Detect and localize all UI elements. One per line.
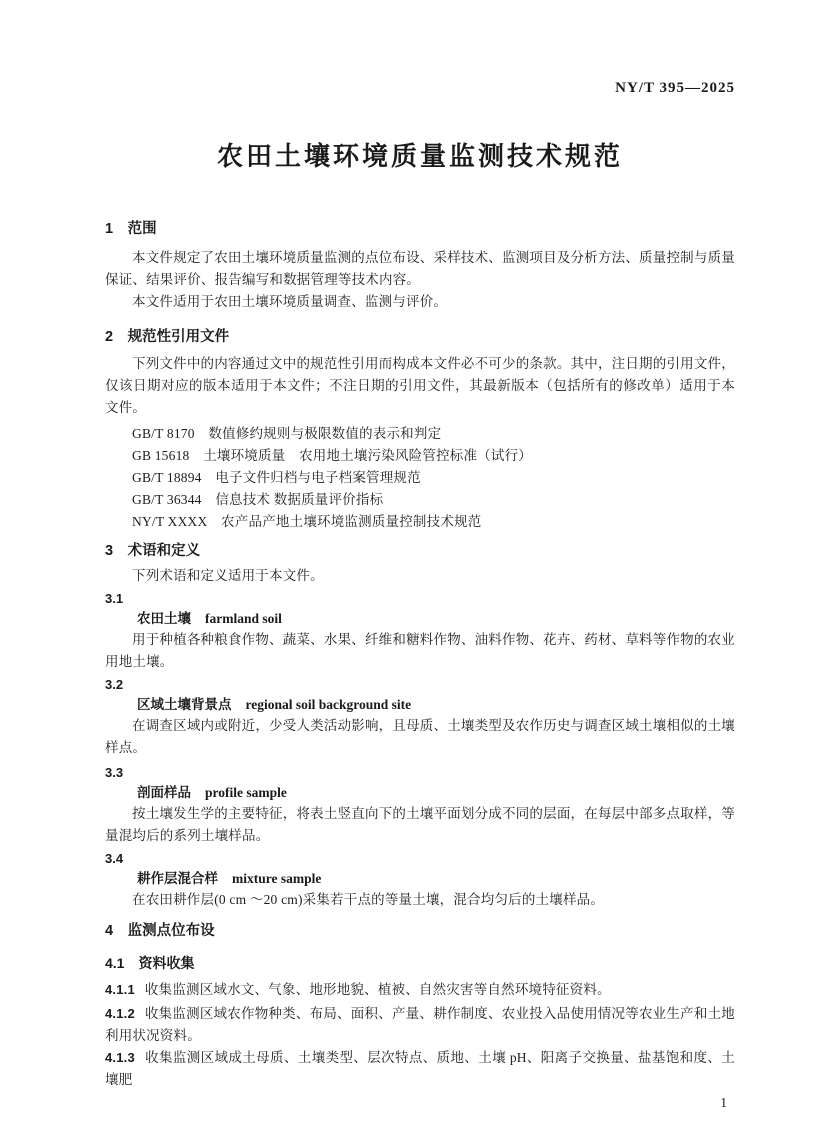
term-definition: 在农田耕作层(0 cm ～20 cm)采集若干点的等量土壤，混合均匀后的土壤样品… <box>105 889 735 911</box>
term-name: 耕作层混合样mixture sample <box>105 869 735 889</box>
section-normative-refs-heading: 2 规范性引用文件 <box>105 327 735 347</box>
reference-item: NY/T XXXX 农产品产地土壤环境监测质量控制技术规范 <box>105 511 735 533</box>
term-name-en: mixture sample <box>232 871 321 886</box>
term-definition: 按土壤发生学的主要特征，将表土竖直向下的土壤平面划分成不同的层面，在每层中部多点… <box>105 803 735 847</box>
term-definition: 用于种植各种粮食作物、蔬菜、水果、纤维和糖料作物、油料作物、花卉、药材、草料等作… <box>105 629 735 673</box>
reference-item: GB/T 8170 数值修约规则与极限数值的表示和判定 <box>105 423 735 445</box>
terms-intro: 下列术语和定义适用于本文件。 <box>105 565 735 587</box>
term-name-zh: 耕作层混合样 <box>137 871 218 886</box>
clause-text: 收集监测区域农作物种类、布局、面积、产量、耕作制度、农业投入品使用情况等农业生产… <box>105 1006 735 1043</box>
scope-paragraph-1: 本文件规定了农田土壤环境质量监测的点位布设、采样技术、监测项目及分析方法、质量控… <box>105 247 735 291</box>
reference-item: GB 15618 土壤环境质量 农用地土壤污染风险管控标准（试行） <box>105 445 735 467</box>
normative-refs-intro: 下列文件中的内容通过文中的规范性引用而构成本文件必不可少的条款。其中，注日期的引… <box>105 353 735 419</box>
term-name: 农田土壤farmland soil <box>105 609 735 629</box>
section-terms-heading: 3 术语和定义 <box>105 541 735 561</box>
term-name-en: regional soil background site <box>246 697 412 712</box>
term-entry-3-3: 3.3 剖面样品profile sample 按土壤发生学的主要特征，将表土竖直… <box>105 763 735 847</box>
clause-4-1-3: 4.1.3收集监测区域成土母质、土壤类型、层次特点、质地、土壤 pH、阳离子交换… <box>105 1047 735 1091</box>
term-number: 3.4 <box>105 849 735 869</box>
term-name-zh: 农田土壤 <box>137 611 191 626</box>
scope-paragraph-2: 本文件适用于农田土壤环境质量调查、监测与评价。 <box>105 291 735 313</box>
term-name: 区域土壤背景点regional soil background site <box>105 695 735 715</box>
reference-list: GB/T 8170 数值修约规则与极限数值的表示和判定 GB 15618 土壤环… <box>105 423 735 533</box>
section-monitoring-heading: 4 监测点位布设 <box>105 921 735 941</box>
term-number: 3.3 <box>105 763 735 783</box>
clause-number: 4.1.3 <box>105 1050 135 1065</box>
document-page: NY/T 395—2025 农田土壤环境质量监测技术规范 1 范围 本文件规定了… <box>0 0 817 1145</box>
clause-text: 收集监测区域水文、气象、地形地貌、植被、自然灾害等自然环境特征资料。 <box>145 982 611 997</box>
page-title: 农田土壤环境质量监测技术规范 <box>105 141 735 171</box>
section-4-1-heading: 4.1 资料收集 <box>105 953 735 973</box>
term-number: 3.1 <box>105 589 735 609</box>
term-definition: 在调查区域内或附近，少受人类活动影响，且母质、土壤类型及农作历史与调查区域土壤相… <box>105 715 735 759</box>
reference-item: GB/T 18894 电子文件归档与电子档案管理规范 <box>105 467 735 489</box>
clause-number: 4.1.1 <box>105 982 135 997</box>
page-number: 1 <box>105 1093 735 1113</box>
term-name-zh: 区域土壤背景点 <box>137 697 232 712</box>
term-entry-3-1: 3.1 农田土壤farmland soil 用于种植各种粮食作物、蔬菜、水果、纤… <box>105 589 735 673</box>
standard-number: NY/T 395—2025 <box>105 80 735 97</box>
term-entry-3-2: 3.2 区域土壤背景点regional soil background site… <box>105 675 735 759</box>
section-scope-heading: 1 范围 <box>105 219 735 239</box>
term-name-en: farmland soil <box>205 611 282 626</box>
term-entry-3-4: 3.4 耕作层混合样mixture sample 在农田耕作层(0 cm ～20… <box>105 849 735 911</box>
clause-number: 4.1.2 <box>105 1006 135 1021</box>
clause-text: 收集监测区域成土母质、土壤类型、层次特点、质地、土壤 pH、阳离子交换量、盐基饱… <box>105 1050 735 1087</box>
clause-4-1-2: 4.1.2收集监测区域农作物种类、布局、面积、产量、耕作制度、农业投入品使用情况… <box>105 1003 735 1047</box>
term-name: 剖面样品profile sample <box>105 783 735 803</box>
term-number: 3.2 <box>105 675 735 695</box>
clause-4-1-1: 4.1.1收集监测区域水文、气象、地形地貌、植被、自然灾害等自然环境特征资料。 <box>105 979 735 1001</box>
term-name-en: profile sample <box>205 785 287 800</box>
reference-item: GB/T 36344 信息技术 数据质量评价指标 <box>105 489 735 511</box>
term-name-zh: 剖面样品 <box>137 785 191 800</box>
